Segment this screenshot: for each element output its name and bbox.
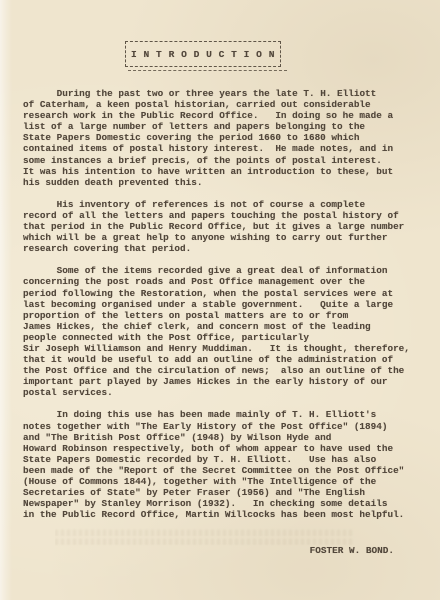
- paragraph-2: His inventory of references is not of co…: [23, 199, 425, 254]
- document-page: I N T R O D U C T I O N During the past …: [0, 0, 440, 600]
- paragraph-3: Some of the items recorded give a great …: [23, 265, 425, 398]
- paragraph-1: During the past two or three years the l…: [23, 88, 425, 188]
- document-body: During the past two or three years the l…: [23, 88, 425, 531]
- section-title: I N T R O D U C T I O N: [131, 49, 275, 60]
- signature: FOSTER W. BOND.: [310, 545, 394, 556]
- section-title-box: I N T R O D U C T I O N: [125, 41, 281, 67]
- bleed-through-smudge: [55, 528, 355, 546]
- paragraph-4: In doing this use has been made mainly o…: [23, 409, 425, 520]
